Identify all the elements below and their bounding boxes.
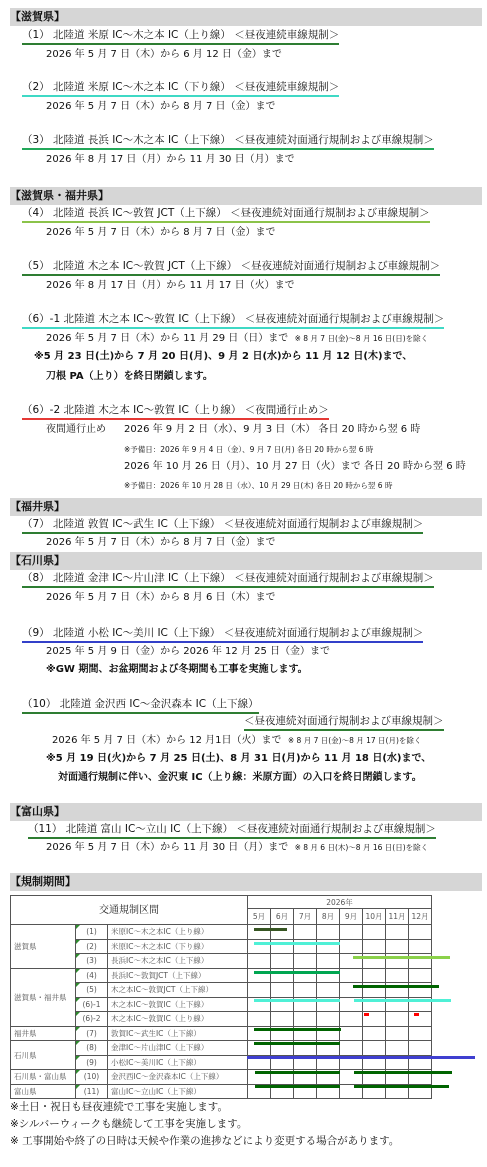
pref-cell: 石川県	[11, 1041, 76, 1070]
row-num: (7)	[76, 1026, 108, 1041]
bar-row-2	[254, 942, 340, 945]
item-10-date: 2026 年 5 月 7 日（木）から 12 月1日（火）まで ※ 8 月 7 …	[52, 734, 421, 747]
item-1-date: 2026 年 5 月 7 日（木）から 6 月 12 日（金）まで	[46, 48, 282, 61]
item-6-2-title: （6）-2 北陸道 木之本 IC～敦賀 IC（上り線） ＜夜間通行止め＞	[22, 403, 329, 420]
bar-row-10b	[354, 1071, 452, 1074]
row-num: (5)	[76, 983, 108, 998]
item-6-1-title: （6）-1 北陸道 木之本 IC～敦賀 IC（上下線） ＜昼夜連続対面通行規制お…	[22, 312, 444, 329]
table-row: 滋賀県 (1) 米原IC～木之本IC（上り線）	[11, 925, 432, 940]
row-section: 長浜IC～木之本IC（上下線）	[108, 954, 248, 969]
bar-row-7	[254, 1028, 341, 1031]
item-11-date-note: ※ 8 月 6 日(木)～8 月 16 日(日)を除く	[295, 843, 429, 852]
item-6-1-note2: 刀根 PA（上り）を終日閉鎖します。	[46, 370, 213, 383]
item-6-1-date: 2026 年 5 月 7 日（木）から 11 月 29 日（日）まで ※ 8 月…	[46, 332, 428, 345]
pref-cell: 滋賀県・福井県	[11, 968, 76, 1026]
item-4-date: 2026 年 5 月 7 日（木）から 8 月 7 日（金）まで	[46, 226, 276, 239]
row-section: 敦賀IC～武生IC（上下線）	[108, 1026, 248, 1041]
row-section: 小松IC～美川IC（上下線）	[108, 1055, 248, 1070]
item-11-date: 2026 年 5 月 7 日（木）から 11 月 30 日（月）まで ※ 8 月…	[46, 841, 428, 854]
item-9-note: ※GW 期間、お盆期間および冬期間も工事を実施します。	[46, 663, 308, 676]
item-10-title: （10） 北陸道 金沢西 IC～金沢森本 IC（上下線）	[22, 697, 259, 714]
month-5: 5月	[248, 909, 271, 925]
bar-row-6-2a	[364, 1013, 369, 1016]
item-10-title-2: ＜昼夜連続対面通行規制および車線規制＞	[244, 714, 444, 731]
row-num: (6)-2	[76, 1012, 108, 1027]
item-3-date: 2026 年 8 月 17 日（月）から 11 月 30 日（月）まで	[46, 153, 295, 166]
item-6-2-line1: 2026 年 9 月 2 日（水）、9 月 3 日（木） 各日 20 時から翌 …	[124, 423, 420, 436]
month-6: 6月	[271, 909, 294, 925]
table-row: 石川県 (8) 金津IC～片山津IC（上下線）	[11, 1041, 432, 1056]
item-6-2-label: 夜間通行止め	[46, 423, 106, 436]
pref-cell: 石川県・富山県	[11, 1070, 76, 1085]
item-6-2-line4: ※予備日：2026 年 10 月 28 日（水）、10 月 29 日(木) 各日…	[124, 479, 392, 492]
bar-row-8	[254, 1042, 340, 1045]
item-8-title: （8） 北陸道 金津 IC～片山津 IC（上下線） ＜昼夜連続対面通行規制および…	[22, 571, 434, 588]
item-3-title: （3） 北陸道 長浜 IC～木之本 IC（上下線） ＜昼夜連続対面通行規制および…	[22, 133, 434, 150]
pref-cell: 滋賀県	[11, 925, 76, 969]
row-section: 金津IC～片山津IC（上下線）	[108, 1041, 248, 1056]
month-9: 9月	[340, 909, 363, 925]
month-8: 8月	[317, 909, 340, 925]
bar-row-9	[247, 1056, 475, 1059]
row-num: (2)	[76, 939, 108, 954]
item-8-date: 2026 年 5 月 7 日（木）から 8 月 6 日（木）まで	[46, 591, 276, 604]
schedule-table: 交通規制区間 2026年 5月 6月 7月 8月 9月 10月 11月 12月 …	[10, 895, 432, 1099]
bar-row-10a	[255, 1071, 340, 1074]
row-num: (8)	[76, 1041, 108, 1056]
item-6-1-date-main: 2026 年 5 月 7 日（木）から 11 月 29 日（日）まで	[46, 333, 288, 344]
row-num: (11)	[76, 1084, 108, 1099]
row-num: (3)	[76, 954, 108, 969]
item-7-date: 2026 年 5 月 7 日（木）から 8 月 7 日（金）まで	[46, 536, 276, 549]
item-2-title: （2） 北陸道 米原 IC～木之本 IC（下り線） ＜昼夜連続車線規制＞	[22, 80, 339, 97]
header-section: 交通規制区間	[11, 896, 248, 925]
bar-row-4	[254, 971, 340, 974]
row-num: (10)	[76, 1070, 108, 1085]
item-5-title: （5） 北陸道 木之本 IC～敦賀 JCT（上下線） ＜昼夜連続対面通行規制およ…	[22, 259, 440, 276]
bar-row-11a	[255, 1085, 340, 1088]
table-row: 福井県 (7) 敦賀IC～武生IC（上下線）	[11, 1026, 432, 1041]
row-section: 富山IC～立山IC（上下線）	[108, 1084, 248, 1099]
month-7: 7月	[294, 909, 317, 925]
bar-row-11b	[354, 1085, 449, 1088]
section-header-shiga-fukui: 【滋賀県・福井県】	[10, 187, 482, 205]
month-11: 11月	[386, 909, 409, 925]
item-2-date: 2026 年 5 月 7 日（木）から 8 月 7 日（金）まで	[46, 100, 276, 113]
pref-cell: 福井県	[11, 1026, 76, 1041]
section-header-toyama: 【富山県】	[10, 803, 482, 821]
section-header-ishikawa: 【石川県】	[10, 552, 482, 570]
header-year: 2026年	[248, 896, 432, 909]
row-section: 金沢西IC～金沢森本IC（上下線）	[108, 1070, 248, 1085]
bar-row-6-1a	[254, 999, 340, 1002]
row-section: 木之本IC～敦賀IC（上り線）	[108, 1012, 248, 1027]
footnote-3: ※ 工事開始や終了の日時は天候や作業の進捗などにより変更する場合があります。	[10, 1134, 399, 1149]
bar-row-6-2b	[414, 1013, 419, 1016]
footnote-1: ※土日・祝日も昼夜連続で工事を実施します。	[10, 1100, 228, 1115]
row-section: 長浜IC～敦賀JCT（上下線）	[108, 968, 248, 983]
item-1-title: （1） 北陸道 米原 IC～木之本 IC（上り線） ＜昼夜連続車線規制＞	[22, 28, 339, 45]
item-6-2-line3: 2026 年 10 月 26 日（月）、10 月 27 日（火）まで 各日 20…	[124, 460, 466, 473]
month-12: 12月	[409, 909, 432, 925]
section-header-shiga: 【滋賀県】	[10, 8, 482, 26]
item-11-date-main: 2026 年 5 月 7 日（木）から 11 月 30 日（月）まで	[46, 842, 288, 853]
item-6-1-date-note: ※ 8 月 7 日(金)～8 月 16 日(日)を除く	[295, 334, 429, 343]
item-5-date: 2026 年 8 月 17 日（月）から 11 月 17 日（火）まで	[46, 279, 295, 292]
bar-row-1	[254, 928, 287, 931]
item-10-date-note: ※ 8 月 7 日(金)～8 月 17 日(月)を除く	[288, 736, 422, 745]
item-10-note2: 対面通行規制に伴い、金沢東 IC（上り線：米原方面）の入口を終日閉鎖します。	[58, 771, 422, 784]
item-11-title: （11） 北陸道 富山 IC～立山 IC（上下線） ＜昼夜連続対面通行規制および…	[28, 822, 436, 839]
item-10-note1: ※5 月 19 日(火)から 7 月 25 日(土)、8 月 31 日(月)から…	[46, 752, 431, 765]
row-num: (6)-1	[76, 997, 108, 1012]
row-section: 米原IC～木之本IC（下り線）	[108, 939, 248, 954]
item-10-date-main: 2026 年 5 月 7 日（木）から 12 月1日（火）まで	[52, 735, 282, 746]
row-section: 木之本IC～敦賀IC（上下線）	[108, 997, 248, 1012]
row-num: (9)	[76, 1055, 108, 1070]
section-header-period: 【規制期間】	[10, 873, 482, 891]
section-header-fukui: 【福井県】	[10, 498, 482, 516]
row-section: 木之本IC～敦賀JCT（上下線）	[108, 983, 248, 998]
item-9-date: 2025 年 5 月 9 日（金）から 2026 年 12 月 25 日（金）ま…	[46, 645, 330, 658]
table-row: 滋賀県・福井県 (4) 長浜IC～敦賀JCT（上下線）	[11, 968, 432, 983]
footnote-2: ※シルバーウィークも継続して工事を実施します。	[10, 1117, 247, 1132]
item-6-2-line2: ※予備日：2026 年 9 月 4 日（金）、9 月 7 日(月) 各日 20 …	[124, 443, 373, 456]
row-num: (1)	[76, 925, 108, 940]
month-10: 10月	[363, 909, 386, 925]
item-7-title: （7） 北陸道 敦賀 IC～武生 IC（上下線） ＜昼夜連続対面通行規制および車…	[22, 517, 423, 534]
item-9-title: （9） 北陸道 小松 IC～美川 IC（上下線） ＜昼夜連続対面通行規制および車…	[22, 626, 423, 643]
row-section: 米原IC～木之本IC（上り線）	[108, 925, 248, 940]
bar-row-3	[353, 956, 450, 959]
row-num: (4)	[76, 968, 108, 983]
item-4-title: （4） 北陸道 長浜 IC～敦賀 JCT（上下線） ＜昼夜連続対面通行規制および…	[22, 206, 430, 223]
pref-cell: 富山県	[11, 1084, 76, 1099]
item-6-1-note1: ※5 月 23 日(土)から 7 月 20 日(月)、9 月 2 日(水)から …	[34, 350, 412, 363]
bar-row-5	[353, 985, 439, 988]
bar-row-6-1b	[354, 999, 451, 1002]
